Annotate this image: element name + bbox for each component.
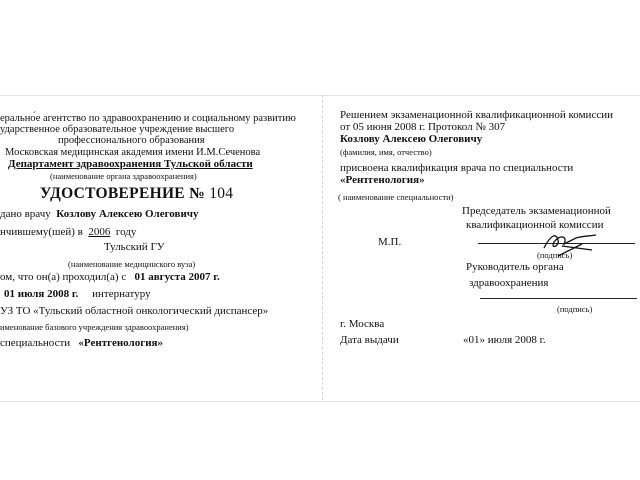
specialty: «Рентгенология»: [78, 337, 163, 349]
issue-date: «01» июля 2008 г.: [463, 334, 546, 346]
head-line-2: здравоохранения: [469, 277, 548, 289]
graduation-line: нчившему(шей) в 2006 году: [0, 226, 136, 238]
university-name: Тульский ГУ: [104, 241, 165, 253]
recipient-name-right: Козлову Алексею Олеговичу: [340, 133, 482, 145]
recipient-name: Козлову Алексею Олеговичу: [56, 208, 198, 220]
recipient-caption: (фамилия, имя, отчество): [340, 146, 432, 158]
header-line-3: профессионального образования: [58, 135, 205, 147]
certificate-title: УДОСТОВЕРЕНИЕ № 104: [40, 188, 233, 200]
head-signature-line: [480, 298, 637, 299]
graduated-prefix: нчившему(шей) в: [0, 226, 83, 238]
signature-caption-2: (подпись): [557, 303, 592, 315]
signature-caption-1: (подпись): [537, 249, 572, 261]
qualification-text: присвоена квалификация врача по специаль…: [340, 162, 573, 174]
end-date-line: 01 июля 2008 г. интернатуру: [4, 288, 151, 300]
head-line-1: Руководитель органа: [466, 261, 564, 273]
passed-line: ом, что он(а) проходил(а) с 01 августа 2…: [0, 271, 220, 283]
passed-prefix: ом, что он(а) проходил(а) с: [0, 271, 126, 283]
issue-date-label: Дата выдачи: [340, 334, 399, 346]
city: г. Москва: [340, 318, 384, 330]
end-date: 01 июля 2008 г.: [4, 288, 78, 300]
authority-name: Департамент здравоохранения Тульской обл…: [8, 158, 253, 170]
specialty-right: «Рентгенология»: [340, 174, 425, 186]
specialty-prefix: специальности: [0, 337, 70, 349]
decision-line-2: от 05 июня 2008 г. Протокол № 307: [340, 121, 505, 133]
issued-label: дано врачу: [0, 208, 51, 220]
start-date: 01 августа 2007 г.: [134, 271, 219, 283]
base-institution: УЗ ТО «Тульский областной онкологический…: [0, 305, 268, 317]
specialty-caption: ( наименование специальности): [338, 191, 453, 203]
chairman-line-1: Председатель экзаменационной: [462, 205, 611, 217]
program: интернатуру: [92, 288, 150, 300]
graduated-suffix: году: [116, 226, 137, 238]
university-caption: (наименование медицинского вуза): [68, 258, 195, 270]
base-caption: именование базового учреждения здравоохр…: [0, 321, 189, 333]
specialty-line: специальности «Рентгенология»: [0, 337, 163, 349]
issued-line: дано врачу Козлову Алексею Олеговичу: [0, 208, 199, 220]
graduation-year: 2006: [88, 226, 110, 238]
certificate-number: 104: [209, 185, 233, 202]
stamp-label: М.П.: [378, 236, 401, 248]
decision-line-1: Решением экзаменационной квалификационно…: [340, 109, 613, 121]
title-text: УДОСТОВЕРЕНИЕ №: [40, 185, 205, 202]
authority-caption: (наименование органа здравоохранения): [50, 170, 197, 182]
fold-line: [322, 95, 323, 400]
